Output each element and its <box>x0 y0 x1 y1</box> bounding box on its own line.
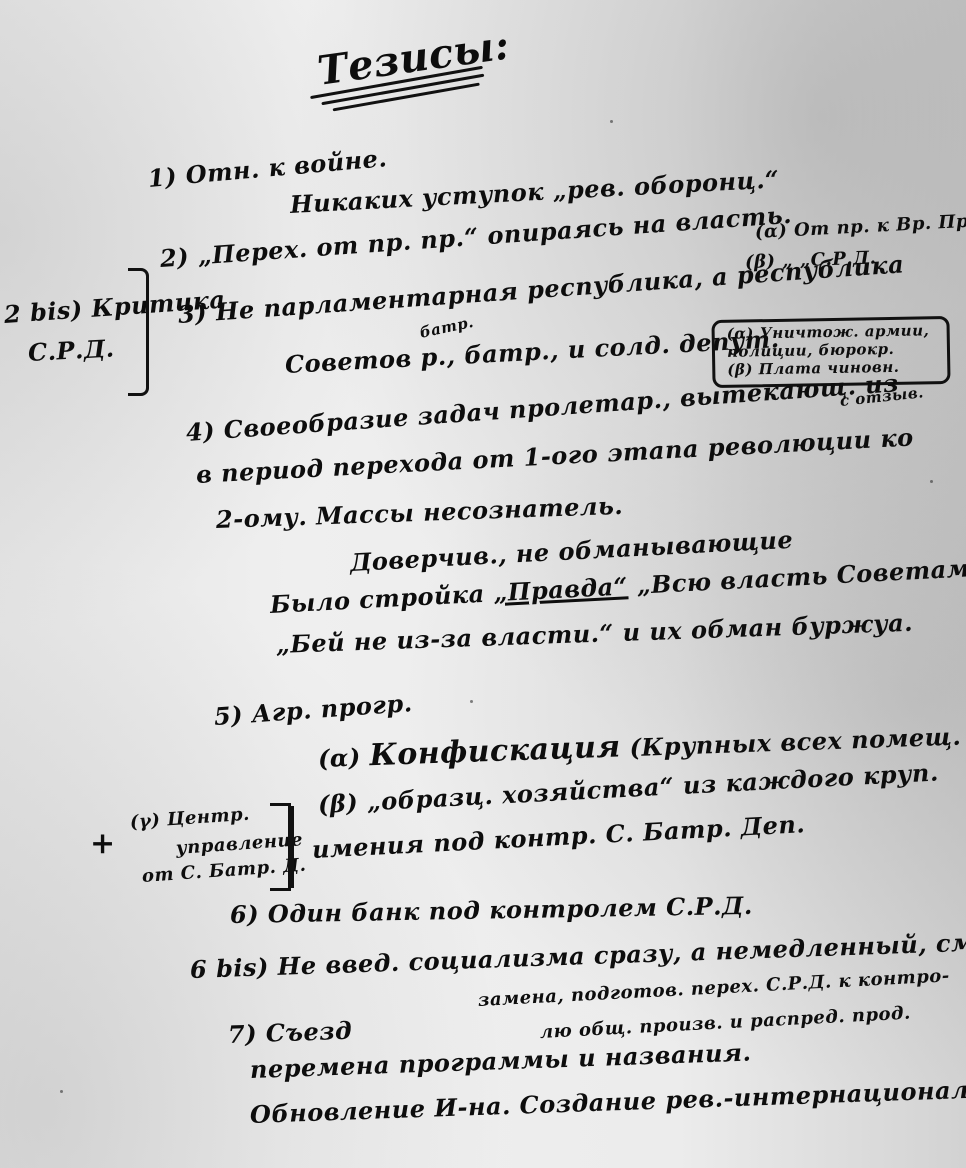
thesis-6bis-text-3: лю общ. произв. и распред. прод. <box>539 1003 911 1043</box>
thesis-5-beta-continued: имения под контр. С. Батр. Деп. <box>311 809 806 864</box>
thesis-5-alpha-label: (α) <box>318 743 362 773</box>
side-note-2bis-continued: С.Р.Д. <box>27 333 115 366</box>
thesis-2-text: 2) „Перех. от пр. пр.“ опираясь на власт… <box>159 200 793 273</box>
side-note-gamma: (γ) Центр. <box>129 804 250 833</box>
manuscript-page: Тезисы: 1) Отн. к войне. Никаких уступок… <box>0 0 966 1168</box>
thesis-5-heading: 5) Агр. прогр. <box>213 688 413 731</box>
thesis-5-alpha-note: (Крупных всех помещ. земель). <box>629 717 966 762</box>
thesis-3-insertion: батр. <box>418 313 475 342</box>
thesis-5-alpha-main: Конфискация <box>369 729 621 773</box>
thesis-4-text-5-post: „Всю власть Советам“ <box>636 553 966 600</box>
thesis-4-text-5-pre: Было стройка <box>269 579 485 619</box>
thesis-4-text-6: „Бей не из-за власти.“ и их обман буржуа… <box>275 608 913 659</box>
thesis-4-underlined-word: „Правда“ <box>493 571 629 607</box>
thesis-3-text-continued: Советов р., батр., и солд. депут. <box>284 324 780 379</box>
paper-speck <box>610 120 613 123</box>
plus-mark: + <box>90 826 116 861</box>
thesis-7-heading: 7) Съезд <box>227 1016 352 1049</box>
thesis-4-text-3: 2-ому. Массы несознатель. <box>215 491 623 534</box>
paper-speck <box>930 480 933 483</box>
thesis-1-heading: 1) Отн. к войне. <box>147 143 388 193</box>
thesis-7-text-2: Обновление И-на. Создание рев.-интернаци… <box>249 1073 966 1129</box>
side-note-bracket <box>128 268 149 396</box>
paper-speck <box>470 700 473 703</box>
side-note-gamma-bracket-inner <box>282 803 291 885</box>
thesis-6-text: 6) Один банк под контролем С.Р.Д. <box>230 891 753 929</box>
boxed-note-alpha: (α) Уничтож. армии, <box>727 321 930 343</box>
paper-speck <box>60 1090 63 1093</box>
